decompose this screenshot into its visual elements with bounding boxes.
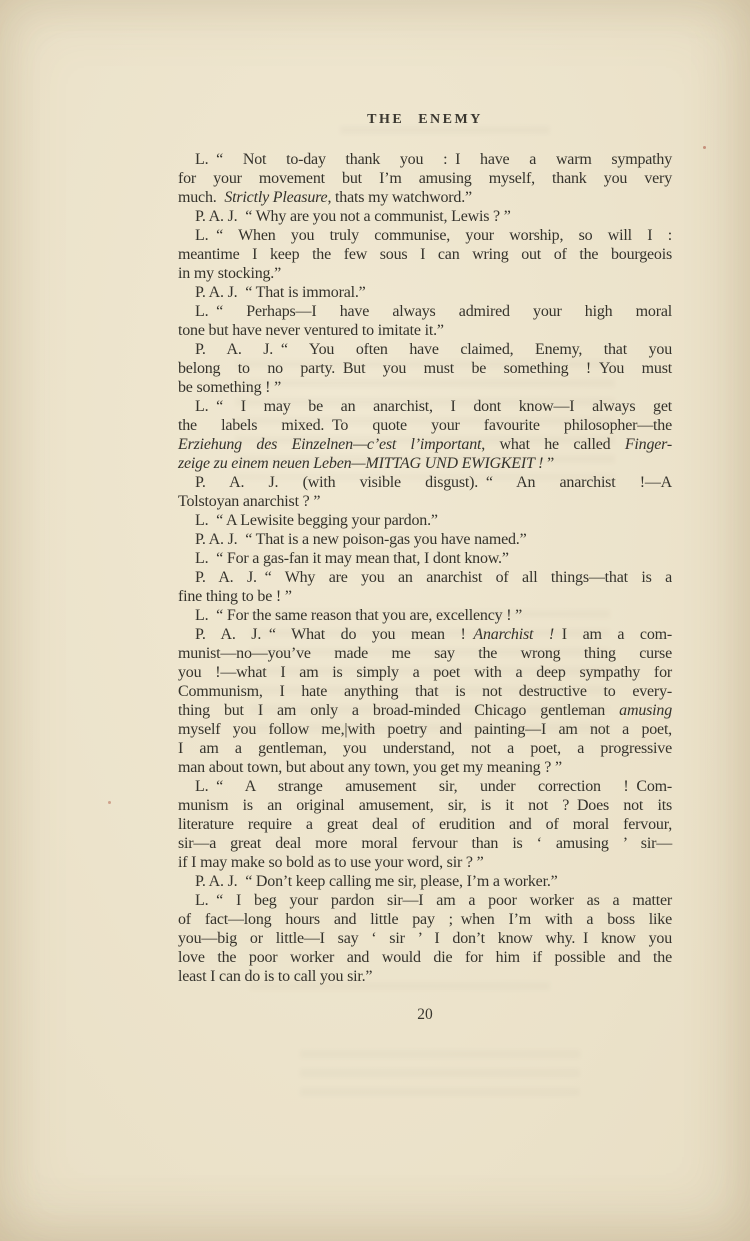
text-line: L. “ Not to-day thank you : I have a war…	[178, 150, 672, 169]
paragraph: L. “ For a gas-fan it may mean that, I d…	[178, 549, 672, 568]
text-segment: for your movement but I’m amusing myself…	[178, 170, 672, 187]
paragraph: P. A. J. “ That is a new poison-gas you …	[178, 530, 672, 549]
text-segment: myself you follow me,|with poetry and pa…	[178, 721, 672, 738]
text-segment: L. “ I beg your pardon sir—I am a poor w…	[195, 892, 672, 909]
paragraph: L. “ For the same reason that you are, e…	[178, 606, 672, 625]
paragraph: P. A. J. (with visible disgust). “ An an…	[178, 473, 672, 511]
text-segment: P. A. J. “ That is a new poison-gas you …	[195, 531, 526, 548]
text-line: P. A. J. (with visible disgust). “ An an…	[178, 473, 672, 492]
text-line: P. A. J. “ Don’t keep calling me sir, pl…	[178, 872, 672, 891]
text-line: thing but I am only a broad-minded Chica…	[178, 701, 672, 720]
text-line: least I can do is to call you sir.”	[178, 967, 672, 986]
paragraph: L. “ I beg your pardon sir—I am a poor w…	[178, 891, 672, 986]
text-line: I am a gentleman, you understand, not a …	[178, 739, 672, 758]
text-segment: L. “ For a gas-fan it may mean that, I d…	[195, 550, 509, 567]
text-line: much. Strictly Pleasure, thats my watchw…	[178, 188, 672, 207]
text-line: zeige zu einem neuen Leben—MITTAG UND EW…	[178, 454, 672, 473]
text-line: Erziehung des Einzelnen—c’est l’importan…	[178, 435, 672, 454]
text-segment: L. “ For the same reason that you are, e…	[195, 607, 522, 624]
paragraph: P. A. J. “ Don’t keep calling me sir, pl…	[178, 872, 672, 891]
text-segment: P. A. J. “ You often have claimed, Enemy…	[195, 341, 672, 358]
text-segment: P. A. J. “ Why are you not a communist, …	[195, 208, 511, 225]
text-segment: , what he called	[481, 436, 625, 453]
text-segment: of fact—long hours and little pay ; when…	[178, 911, 672, 928]
text-segment: L. “ A Lewisite begging your pardon.”	[195, 512, 438, 529]
text-line: in my stocking.”	[178, 264, 672, 283]
text-line: L. “ For a gas-fan it may mean that, I d…	[178, 549, 672, 568]
paragraph: P. A. J. “ Why are you an anarchist of a…	[178, 568, 672, 606]
text-line: P. A. J. “ Why are you not a communist, …	[178, 207, 672, 226]
paragraph: P. A. J. “ You often have claimed, Enemy…	[178, 340, 672, 397]
text-line: you !—what I am is simply a poet with a …	[178, 663, 672, 682]
running-header: THE ENEMY	[178, 112, 672, 128]
text-segment: I am a gentleman, you understand, not a …	[178, 740, 672, 757]
paragraph: L. “ When you truly communise, your wors…	[178, 226, 672, 283]
text-segment: least I can do is to call you sir.”	[178, 968, 372, 985]
text-segment: in my stocking.”	[178, 265, 281, 282]
text-segment: literature require a great deal of erudi…	[178, 816, 672, 833]
paper-speck	[703, 146, 706, 149]
text-line: P. A. J. “ That is immoral.”	[178, 283, 672, 302]
text-line: literature require a great deal of erudi…	[178, 815, 672, 834]
text-segment: I am a com-	[554, 626, 672, 643]
paper-speck	[108, 801, 111, 804]
text-line: belong to no party. But you must be some…	[178, 359, 672, 378]
text-segment: the labels mixed. To quote your favourit…	[178, 417, 672, 434]
text-segment: P. A. J. “ Why are you an anarchist of a…	[195, 569, 672, 586]
book-page: THE ENEMY L. “ Not to-day thank you : I …	[0, 0, 750, 1241]
text-line: meantime I keep the few sous I can wring…	[178, 245, 672, 264]
text-line: L. “ I beg your pardon sir—I am a poor w…	[178, 891, 672, 910]
text-line: Communism, I hate anything that is not d…	[178, 682, 672, 701]
text-segment: P. A. J. “ What do you mean !	[195, 626, 473, 643]
text-line: L. “ When you truly communise, your wors…	[178, 226, 672, 245]
text-segment: P. A. J. “ That is immoral.”	[195, 284, 366, 301]
text-line: Tolstoyan anarchist ? ”	[178, 492, 672, 511]
text-line: munism is an original amusement, sir, is…	[178, 796, 672, 815]
text-segment: if I may make so bold as to use your wor…	[178, 854, 484, 871]
text-line: the labels mixed. To quote your favourit…	[178, 416, 672, 435]
text-line: tone but have never ventured to imitate …	[178, 321, 672, 340]
text-line: for your movement but I’m amusing myself…	[178, 169, 672, 188]
paragraph: L. “ Perhaps—I have always admired your …	[178, 302, 672, 340]
text-line: love the poor worker and would die for h…	[178, 948, 672, 967]
text-line: P. A. J. “ Why are you an anarchist of a…	[178, 568, 672, 587]
paragraph: P. A. J. “ What do you mean ! Anarchist …	[178, 625, 672, 777]
text-segment: belong to no party. But you must be some…	[178, 360, 672, 377]
paragraph: L. “ I may be an anarchist, I dont know—…	[178, 397, 672, 473]
paragraph: P. A. J. “ Why are you not a communist, …	[178, 207, 672, 226]
text-segment: ”	[543, 455, 554, 472]
text-segment: be something ! ”	[178, 379, 281, 396]
text-line: P. A. J. “ That is a new poison-gas you …	[178, 530, 672, 549]
text-segment: L. “ I may be an anarchist, I dont know—…	[195, 398, 672, 415]
text-line: P. A. J. “ You often have claimed, Enemy…	[178, 340, 672, 359]
text-segment: sir—a great deal more moral fervour than…	[178, 835, 672, 852]
text-line: man about town, but about any town, you …	[178, 758, 672, 777]
text-line: L. “ I may be an anarchist, I dont know—…	[178, 397, 672, 416]
italic-text-segment: zeige zu einem neuen Leben—MITTAG UND EW…	[178, 455, 543, 472]
text-segment: L. “ A strange amusement sir, under corr…	[195, 778, 672, 795]
text-segment: L. “ Not to-day thank you : I have a war…	[195, 151, 672, 168]
text-segment: Communism, I hate anything that is not d…	[178, 683, 672, 700]
italic-text-segment: Erziehung des Einzelnen—c’est l’importan…	[178, 436, 481, 453]
text-segment: you—big or little—I say ‘ sir ’ I don’t …	[178, 930, 672, 947]
text-segment: you !—what I am is simply a poet with a …	[178, 664, 672, 681]
paragraph: L. “ A Lewisite begging your pardon.”	[178, 511, 672, 530]
text-segment: man about town, but about any town, you …	[178, 759, 562, 776]
text-segment: tone but have never ventured to imitate …	[178, 322, 444, 339]
text-segment: , thats my watchword.”	[327, 189, 471, 206]
text-line: you—big or little—I say ‘ sir ’ I don’t …	[178, 929, 672, 948]
text-line: L. “ For the same reason that you are, e…	[178, 606, 672, 625]
text-line: if I may make so bold as to use your wor…	[178, 853, 672, 872]
text-segment: Tolstoyan anarchist ? ”	[178, 493, 320, 510]
paragraph: L. “ A strange amusement sir, under corr…	[178, 777, 672, 872]
text-line: myself you follow me,|with poetry and pa…	[178, 720, 672, 739]
text-line: L. “ A Lewisite begging your pardon.”	[178, 511, 672, 530]
page-number: 20	[178, 1006, 672, 1024]
text-segment: P. A. J. (with visible disgust). “ An an…	[195, 474, 672, 491]
text-line: L. “ A strange amusement sir, under corr…	[178, 777, 672, 796]
italic-text-segment: Anarchist !	[473, 626, 554, 643]
text-segment: munist—no—you’ve made me say the wrong t…	[178, 645, 672, 662]
text-line: L. “ Perhaps—I have always admired your …	[178, 302, 672, 321]
text-line: of fact—long hours and little pay ; when…	[178, 910, 672, 929]
text-segment: P. A. J. “ Don’t keep calling me sir, pl…	[195, 873, 558, 890]
text-block: L. “ Not to-day thank you : I have a war…	[178, 150, 672, 986]
text-segment: L. “ When you truly communise, your wors…	[195, 227, 672, 244]
italic-text-segment: Strictly Pleasure	[224, 189, 327, 206]
text-segment: munism is an original amusement, sir, is…	[178, 797, 672, 814]
italic-text-segment: amusing	[619, 702, 672, 719]
text-segment: thing but I am only a broad-minded Chica…	[178, 702, 619, 719]
text-line: munist—no—you’ve made me say the wrong t…	[178, 644, 672, 663]
text-line: be something ! ”	[178, 378, 672, 397]
text-segment: fine thing to be ! ”	[178, 588, 292, 605]
text-line: sir—a great deal more moral fervour than…	[178, 834, 672, 853]
text-segment: love the poor worker and would die for h…	[178, 949, 672, 966]
text-segment: L. “ Perhaps—I have always admired your …	[195, 303, 672, 320]
italic-text-segment: Finger-	[625, 436, 672, 453]
bleed-through-smudge	[300, 1050, 580, 1106]
paragraph: P. A. J. “ That is immoral.”	[178, 283, 672, 302]
text-line: P. A. J. “ What do you mean ! Anarchist …	[178, 625, 672, 644]
text-line: fine thing to be ! ”	[178, 587, 672, 606]
paragraph: L. “ Not to-day thank you : I have a war…	[178, 150, 672, 207]
text-segment: much.	[178, 189, 224, 206]
text-segment: meantime I keep the few sous I can wring…	[178, 246, 672, 263]
